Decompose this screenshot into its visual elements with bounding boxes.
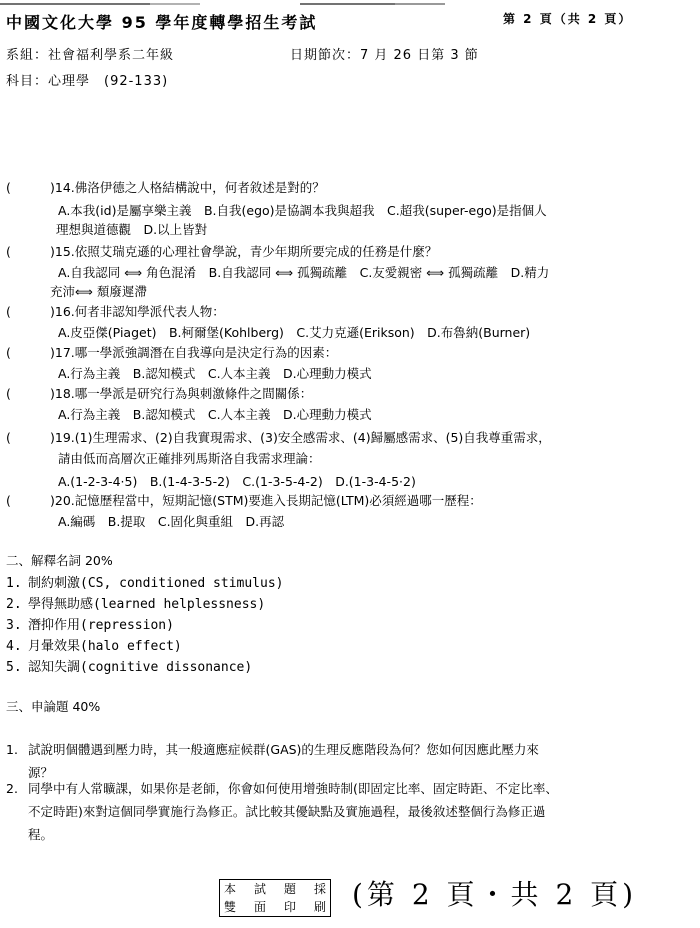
section-3-heading: 三、申論題 40% [6,697,100,715]
answer-blank: ( [6,302,11,321]
question-text: )17.哪一學派強調潛在自我導向是決定行為的因素： [50,343,337,362]
question-options-cont: 理想與道德觀 D.以上皆對 [56,220,207,239]
question-text: )14.佛洛伊德之人格結構說中，何者敘述是對的？ [50,178,325,197]
page-info: 第 2 頁（共 2 頁） [503,10,632,27]
question-18: ( )18.哪一學派是研究行為與刺激條件之間關係： A.行為主義 B.認知模式 … [6,384,696,424]
exam-title: 中國文化大學 95 學年度轉學招生考試 [6,10,317,33]
answer-blank: ( [6,343,11,362]
term-item: 4.月暈效果(halo effect) [6,635,182,654]
answer-blank: ( [6,242,11,261]
term-item: 1.制約刺激(CS, conditioned stimulus) [6,572,284,591]
question-options-cont: 充沛⟺ 頹廢遲滯 [50,282,147,301]
subject-label: 科目：心理學 (92-133) [6,70,168,89]
answer-blank: ( [6,428,11,447]
footer-page-label: (第 2 頁・共 2 頁) [352,873,637,913]
question-options: A.本我(id)是屬享樂主義 B.自我(ego)是協調本我與超我 C.超我(su… [58,201,547,220]
question-text: )19.(1)生理需求、(2)自我實現需求、(3)安全感需求、(4)歸屬感需求、… [50,428,551,447]
question-text: )15.依照艾瑞克遜的心理社會學說，青少年期所要完成的任務是什麼？ [50,242,437,261]
question-text: )18.哪一學派是研究行為與刺激條件之間關係： [50,384,312,403]
answer-blank: ( [6,491,11,510]
answer-blank: ( [6,178,11,197]
double-sided-print-stamp: 本試題採 雙面印刷 [219,879,331,917]
question-options: A.(1-2-3-4·5) B.(1-4-3-5-2) C.(1-3-5-4-2… [58,472,416,491]
top-border-line [0,3,150,5]
question-16: ( )16.何者非認知學派代表人物： A.皮亞傑(Piaget) B.柯爾堡(K… [6,302,696,342]
section-2-heading: 二、解釋名詞 20% [6,551,113,569]
top-border-line [150,3,200,5]
question-20: ( )20.記憶歷程當中，短期記憶(STM)要進入長期記憶(LTM)必須經過哪一… [6,491,696,531]
question-17: ( )17.哪一學派強調潛在自我導向是決定行為的因素： A.行為主義 B.認知模… [6,343,696,383]
question-options: A.皮亞傑(Piaget) B.柯爾堡(Kohlberg) C.艾力克遜(Eri… [58,323,530,342]
top-border-line [395,3,445,5]
essay-question-2: 2. 同學中有人常曠課，如果你是老師，你會如何使用增強時制(即固定比率、固定時距… [6,777,696,847]
question-14: ( )14.佛洛伊德之人格結構說中，何者敘述是對的？ A.本我(id)是屬享樂主… [6,178,696,238]
answer-blank: ( [6,384,11,403]
question-options: A.行為主義 B.認知模式 C.人本主義 D.心理動力模式 [58,364,372,383]
term-item: 3.潛抑作用(repression) [6,614,174,633]
essay-number: 2. [6,777,18,800]
term-item: 5.認知失調(cognitive dissonance) [6,656,252,675]
question-options: A.自我認同 ⟺ 角色混淆 B.自我認同 ⟺ 孤獨疏離 C.友愛親密 ⟺ 孤獨疏… [58,263,549,282]
department-label: 系組：社會福利學系二年級 [6,44,174,63]
essay-text: 同學中有人常曠課，如果你是老師，你會如何使用增強時制(即固定比率、固定時距、不定… [28,777,558,846]
top-border-line [300,3,395,5]
question-options: A.行為主義 B.認知模式 C.人本主義 D.心理動力模式 [58,405,372,424]
date-label: 日期節次：7 月 26 日第 3 節 [290,44,479,63]
question-options: A.編碼 B.提取 C.固化與重組 D.再認 [58,512,284,531]
question-text: )20.記憶歷程當中，短期記憶(STM)要進入長期記憶(LTM)必須經過哪一歷程… [50,491,482,510]
question-19: ( )19.(1)生理需求、(2)自我實現需求、(3)安全感需求、(4)歸屬感需… [6,428,696,488]
term-item: 2.學得無助感(learned helplessness) [6,593,265,612]
question-15: ( )15.依照艾瑞克遜的心理社會學說，青少年期所要完成的任務是什麼？ A.自我… [6,242,696,302]
question-text: )16.何者非認知學派代表人物： [50,302,225,321]
question-text-cont: 請由低而高層次正確排列馬斯洛自我需求理論： [58,449,321,468]
essay-number: 1. [6,738,18,761]
